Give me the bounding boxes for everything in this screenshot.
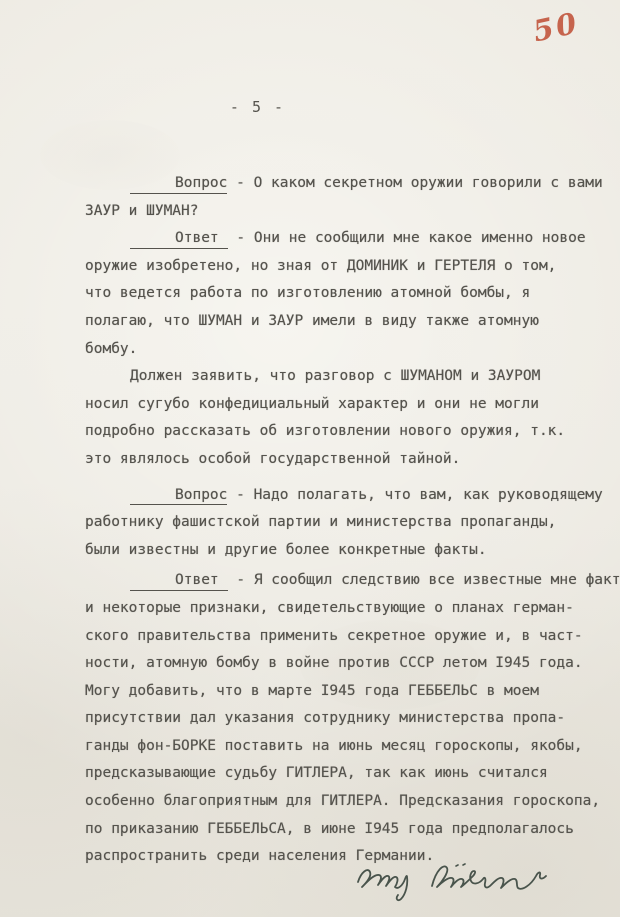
answer-paragraph: Ответ - Я сообщил следствию все известны… <box>85 567 620 871</box>
text-line: полагаю, что ШУМАН и ЗАУР имели в виду т… <box>85 308 620 336</box>
paragraph-label: Ответ <box>130 231 228 249</box>
text-line: ЗАУР и ШУМАН? <box>85 198 620 226</box>
text-line: бомбу. <box>85 336 620 364</box>
paragraph-label: Вопрос <box>130 488 227 506</box>
text-line: и некоторые признаки, свидетельствующие … <box>85 595 620 623</box>
text-line: особенно благоприятным для ГИТЛЕРА. Пред… <box>85 788 620 816</box>
text-line: Ответ - Я сообщил следствию все известны… <box>85 567 620 595</box>
page-number: - 5 - <box>0 98 515 116</box>
body-paragraph: Должен заявить, что разговор с ШУМАНОМ и… <box>85 363 620 473</box>
text-line: оружие изобретено, но зная от ДОМИНИК и … <box>85 253 620 281</box>
paragraph-label: Вопрос <box>130 176 227 194</box>
text-line: Вопрос - Надо полагать, что вам, как рук… <box>85 482 620 510</box>
text-line: ности, атомную бомбу в войне против СССР… <box>85 650 620 678</box>
text-line: присутствии дал указания сотруднику мини… <box>85 705 620 733</box>
text-line: Могу добавить, что в марте I945 года ГЕБ… <box>85 678 620 706</box>
text-line: были известны и другие более конкретные … <box>85 537 620 565</box>
text-line: носил сугубо конфедициальный характер и … <box>85 391 620 419</box>
text-line: ганды фон-БОРКЕ поставить на июнь месяц … <box>85 733 620 761</box>
document-text: Вопрос - О каком секретном оружии говори… <box>85 170 620 871</box>
handwritten-signature <box>352 846 552 910</box>
question-paragraph: Вопрос - О каком секретном оружии говори… <box>85 170 620 225</box>
text-line: Должен заявить, что разговор с ШУМАНОМ и… <box>85 363 620 391</box>
question-paragraph: Вопрос - Надо полагать, что вам, как рук… <box>85 482 620 565</box>
paragraph-label: Ответ <box>130 573 228 591</box>
text-line: работнику фашистской партии и министерст… <box>85 509 620 537</box>
text-line: Вопрос - О каком секретном оружии говори… <box>85 170 620 198</box>
text-line: Ответ - Они не сообщили мне какое именно… <box>85 225 620 253</box>
text-line: предсказывающие судьбу ГИТЛЕРА, так как … <box>85 760 620 788</box>
text-line: это являлось особой государственной тайн… <box>85 446 620 474</box>
text-line: ского правительства применить секретное … <box>85 623 620 651</box>
text-line: что ведется работа по изготовлению атомн… <box>85 280 620 308</box>
answer-paragraph: Ответ - Они не сообщили мне какое именно… <box>85 225 620 363</box>
text-line: по приказанию ГЕББЕЛЬСА, в июне I945 год… <box>85 816 620 844</box>
text-line: подробно рассказать об изготовлении ново… <box>85 418 620 446</box>
